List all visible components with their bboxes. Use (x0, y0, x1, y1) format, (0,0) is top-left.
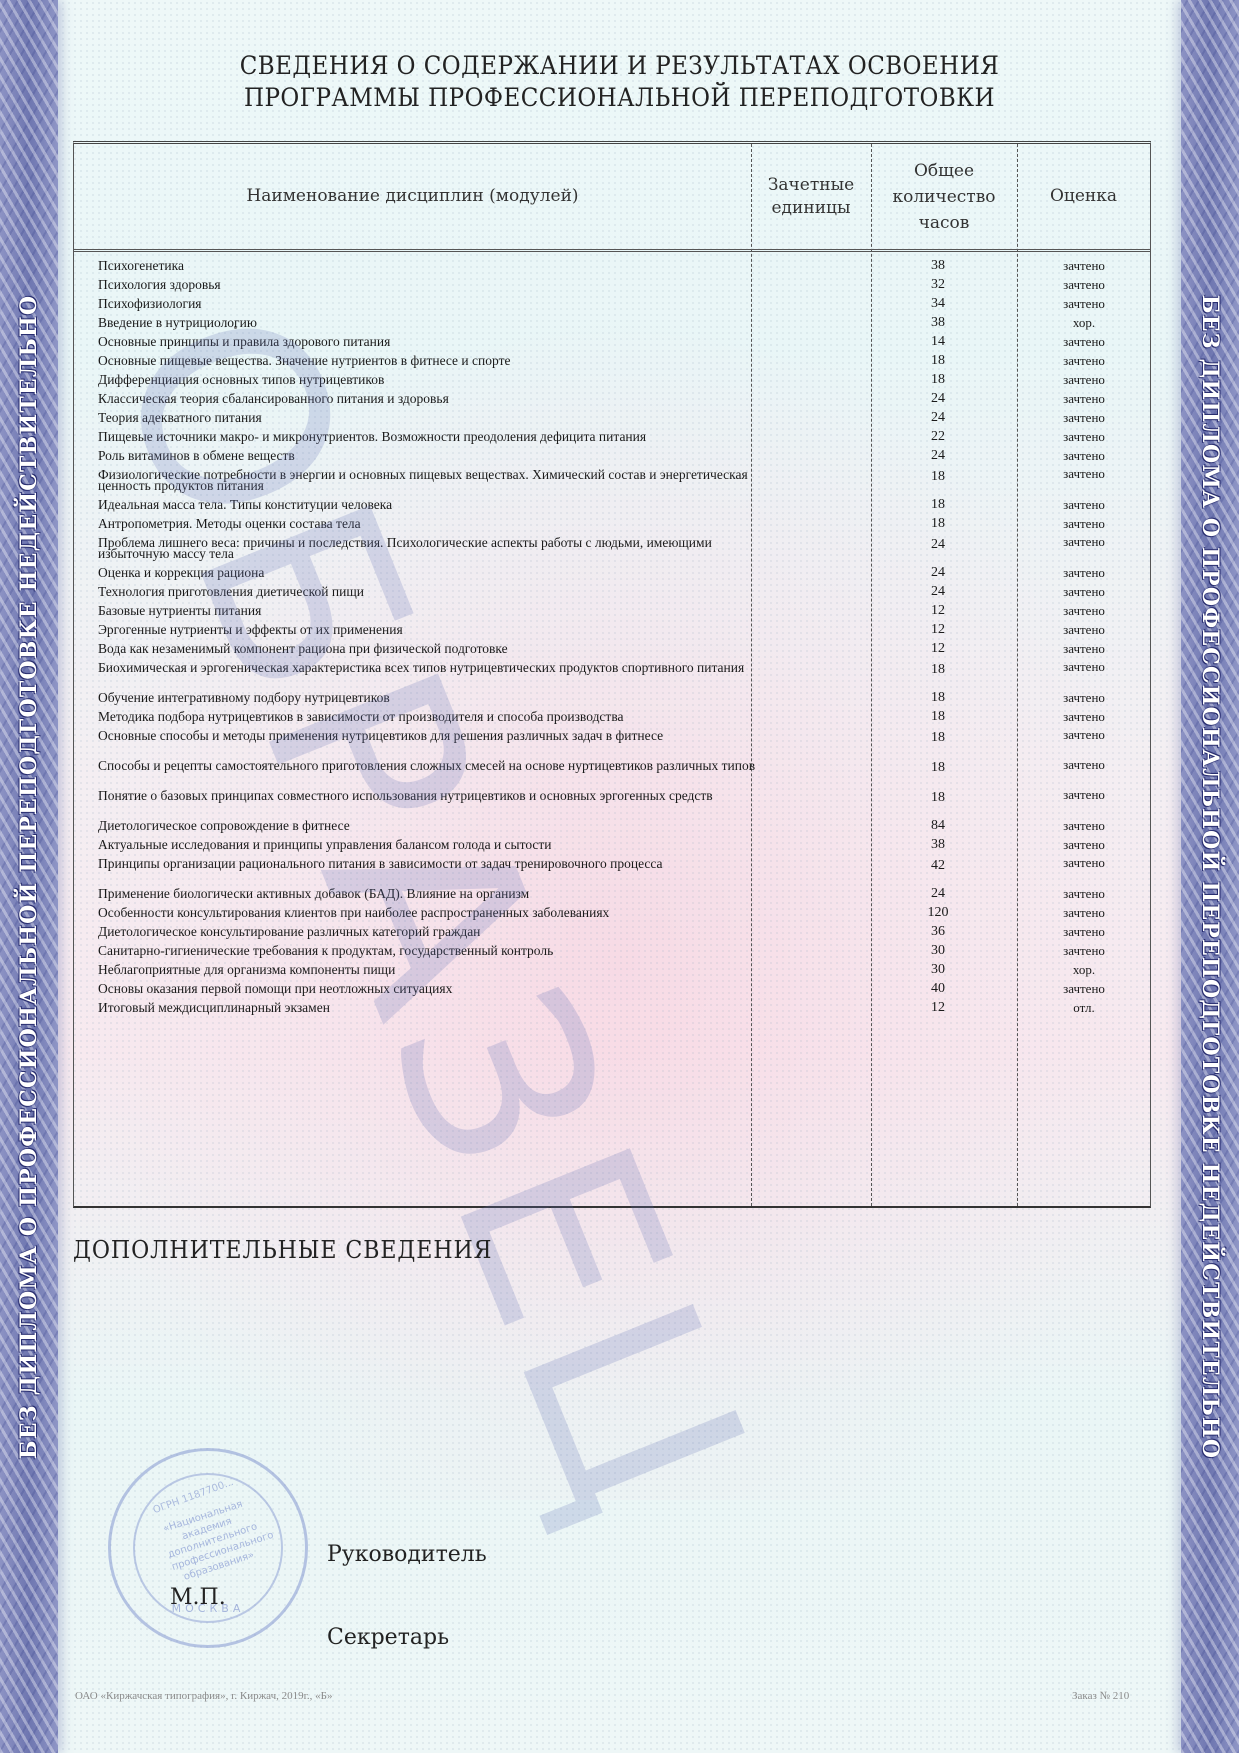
hours-cell: 38 (871, 839, 1005, 850)
side-warning-text-right: БЕЗ ДИПЛОМА О ПРОФЕССИОНАЛЬНОЙ ПЕРЕПОДГО… (1197, 294, 1223, 1459)
grade-cell: зачтено (1018, 759, 1150, 770)
hours-cell: 12 (871, 643, 1005, 654)
grade-cell: зачтено (1018, 692, 1150, 703)
discipline-name: Психология здоровья (98, 279, 768, 290)
grade-cell: зачтено (1018, 336, 1150, 347)
grade-cell: зачтено (1018, 586, 1150, 597)
grade-cell: зачтено (1018, 643, 1150, 654)
discipline-name: Санитарно-гигиенические требования к про… (98, 945, 768, 956)
grade-cell: зачтено (1018, 374, 1150, 385)
grade-cell: зачтено (1018, 820, 1150, 831)
discipline-name: Диетологическое сопровождение в фитнесе (98, 820, 768, 831)
discipline-name: Проблема лишнего веса: причины и последс… (98, 537, 768, 559)
hours-cell: 18 (871, 692, 1005, 703)
grade-cell: зачтено (1018, 298, 1150, 309)
order-number: Заказ № 210 (1072, 1690, 1129, 1702)
grade-cell: зачтено (1018, 605, 1150, 616)
grade-cell: зачтено (1018, 431, 1150, 442)
discipline-name: Психогенетика (98, 260, 768, 271)
grade-cell: зачтено (1018, 518, 1150, 529)
header-hours: Общееколичествочасов (871, 144, 1017, 249)
hours-cell: 18 (871, 762, 1005, 773)
hours-cell: 24 (871, 412, 1005, 423)
discipline-name: Технология приготовления диетической пищ… (98, 586, 768, 597)
grade-cell: зачтено (1018, 945, 1150, 956)
hours-cell: 12 (871, 605, 1005, 616)
security-border-left: БЕЗ ДИПЛОМА О ПРОФЕССИОНАЛЬНОЙ ПЕРЕПОДГО… (0, 0, 58, 1753)
side-warning-text-left: БЕЗ ДИПЛОМА О ПРОФЕССИОНАЛЬНОЙ ПЕРЕПОДГО… (16, 294, 42, 1459)
discipline-name: Роль витаминов в обмене веществ (98, 450, 768, 461)
discipline-name: Диетологическое консультирование различн… (98, 926, 768, 937)
seal-place-label: М.П. (170, 1585, 226, 1610)
grade-cell: зачтено (1018, 729, 1150, 740)
hours-cell: 42 (871, 860, 1005, 871)
grade-cell: зачтено (1018, 567, 1150, 578)
security-border-right: БЕЗ ДИПЛОМА О ПРОФЕССИОНАЛЬНОЙ ПЕРЕПОДГО… (1181, 0, 1239, 1753)
discipline-name: Обучение интегративному подбору нутрицев… (98, 692, 768, 703)
hours-cell: 24 (871, 450, 1005, 461)
discipline-name: Вода как незаменимый компонент рациона п… (98, 643, 768, 654)
discipline-name: Понятие о базовых принципах совместного … (98, 790, 768, 801)
discipline-name: Оценка и коррекция рациона (98, 567, 768, 578)
hours-cell: 18 (871, 471, 1005, 482)
grade-cell: зачтено (1018, 468, 1150, 479)
printer-info: ОАО «Киржачская типография», г. Киржач, … (75, 1690, 333, 1702)
discipline-name: Принципы организации рационального питан… (98, 858, 768, 869)
grade-cell: зачтено (1018, 857, 1150, 868)
discipline-name: Итоговый междисциплинарный экзамен (98, 1002, 768, 1013)
hours-cell: 18 (871, 518, 1005, 529)
discipline-name: Физиологические потребности в энергии и … (98, 469, 768, 491)
hours-cell: 18 (871, 374, 1005, 385)
discipline-name: Антропометрия. Методы оценки состава тел… (98, 518, 768, 529)
title-line-1: СВЕДЕНИЯ О СОДЕРЖАНИИ И РЕЗУЛЬТАТАХ ОСВО… (50, 50, 1190, 82)
hours-cell: 12 (871, 1002, 1005, 1013)
hours-cell: 30 (871, 945, 1005, 956)
official-seal: ОГРН 1187700... «Национальная академия д… (108, 1448, 308, 1648)
director-label: Руководитель (327, 1542, 487, 1567)
hours-cell: 38 (871, 317, 1005, 328)
grade-cell: зачтено (1018, 499, 1150, 510)
discipline-name: Базовые нутриенты питания (98, 605, 768, 616)
title-line-2: ПРОГРАММЫ ПРОФЕССИОНАЛЬНОЙ ПЕРЕПОДГОТОВК… (50, 82, 1190, 114)
hours-cell: 24 (871, 586, 1005, 597)
header-discipline-name: Наименование дисциплин (модулей) (74, 144, 751, 249)
hours-cell: 22 (871, 431, 1005, 442)
hours-cell: 24 (871, 888, 1005, 899)
discipline-name: Методика подбора нутрицевтиков в зависим… (98, 711, 768, 722)
discipline-name: Основные способы и методы применения нут… (98, 730, 768, 741)
grade-cell: зачтено (1018, 888, 1150, 899)
hours-cell: 18 (871, 499, 1005, 510)
hours-cell: 18 (871, 792, 1005, 803)
discipline-name: Особенности консультирования клиентов пр… (98, 907, 768, 918)
grade-cell: отл. (1018, 1002, 1150, 1013)
hours-cell: 84 (871, 820, 1005, 831)
discipline-name: Основы оказания первой помощи при неотло… (98, 983, 768, 994)
discipline-name: Дифференциация основных типов нутрицевти… (98, 374, 768, 385)
grade-cell: зачтено (1018, 412, 1150, 423)
hours-cell: 24 (871, 567, 1005, 578)
hours-cell: 14 (871, 336, 1005, 347)
hours-cell: 38 (871, 260, 1005, 271)
header-credits: Зачетныеединицы (751, 144, 871, 249)
grade-cell: зачтено (1018, 279, 1150, 290)
discipline-name: Теория адекватного питания (98, 412, 768, 423)
grade-cell: зачтено (1018, 355, 1150, 366)
disciplines-table: Наименование дисциплин (модулей) Зачетны… (73, 141, 1151, 1208)
secretary-label: Секретарь (327, 1625, 449, 1650)
page-title: СВЕДЕНИЯ О СОДЕРЖАНИИ И РЕЗУЛЬТАТАХ ОСВО… (0, 50, 1239, 114)
hours-cell: 40 (871, 983, 1005, 994)
hours-cell: 18 (871, 664, 1005, 675)
grade-cell: зачтено (1018, 926, 1150, 937)
discipline-name: Биохимическая и эргогеническая характери… (98, 662, 768, 673)
hours-cell: 36 (871, 926, 1005, 937)
hours-cell: 32 (871, 279, 1005, 290)
discipline-name: Применение биологически активных добавок… (98, 888, 768, 899)
hours-cell: 34 (871, 298, 1005, 309)
seal-center-text: «Национальная академия дополнительного п… (158, 1497, 264, 1587)
discipline-name: Пищевые источники макро- и микронутриент… (98, 431, 768, 442)
hours-cell: 18 (871, 355, 1005, 366)
discipline-name: Актуальные исследования и принципы управ… (98, 839, 768, 850)
discipline-name: Неблагоприятные для организма компоненты… (98, 964, 768, 975)
grade-cell: хор. (1018, 964, 1150, 975)
discipline-name: Эргогенные нутриенты и эффекты от их при… (98, 624, 768, 635)
grade-cell: хор. (1018, 317, 1150, 328)
hours-cell: 30 (871, 964, 1005, 975)
grade-cell: зачтено (1018, 393, 1150, 404)
hours-cell: 24 (871, 393, 1005, 404)
grade-cell: зачтено (1018, 907, 1150, 918)
hours-cell: 12 (871, 624, 1005, 635)
header-divider (74, 249, 1150, 252)
additional-info-heading: ДОПОЛНИТЕЛЬНЫЕ СВЕДЕНИЯ (73, 1236, 492, 1264)
hours-cell: 120 (871, 907, 1005, 918)
discipline-name: Идеальная масса тела. Типы конституции ч… (98, 499, 768, 510)
grade-cell: зачтено (1018, 260, 1150, 271)
grade-cell: зачтено (1018, 624, 1150, 635)
grade-cell: зачтено (1018, 661, 1150, 672)
discipline-name: Основные принципы и правила здорового пи… (98, 336, 768, 347)
grade-cell: зачтено (1018, 450, 1150, 461)
grade-cell: зачтено (1018, 536, 1150, 547)
discipline-name: Основные пищевые вещества. Значение нутр… (98, 355, 768, 366)
grade-cell: зачтено (1018, 983, 1150, 994)
hours-cell: 18 (871, 711, 1005, 722)
discipline-name: Введение в нутрициологию (98, 317, 768, 328)
discipline-name: Способы и рецепты самостоятельного приго… (98, 760, 768, 771)
grade-cell: зачтено (1018, 839, 1150, 850)
hours-cell: 18 (871, 732, 1005, 743)
hours-cell: 24 (871, 539, 1005, 550)
grade-cell: зачтено (1018, 711, 1150, 722)
discipline-name: Психофизиология (98, 298, 768, 309)
grade-cell: зачтено (1018, 789, 1150, 800)
discipline-name: Классическая теория сбалансированного пи… (98, 393, 768, 404)
header-grade: Оценка (1017, 144, 1150, 249)
